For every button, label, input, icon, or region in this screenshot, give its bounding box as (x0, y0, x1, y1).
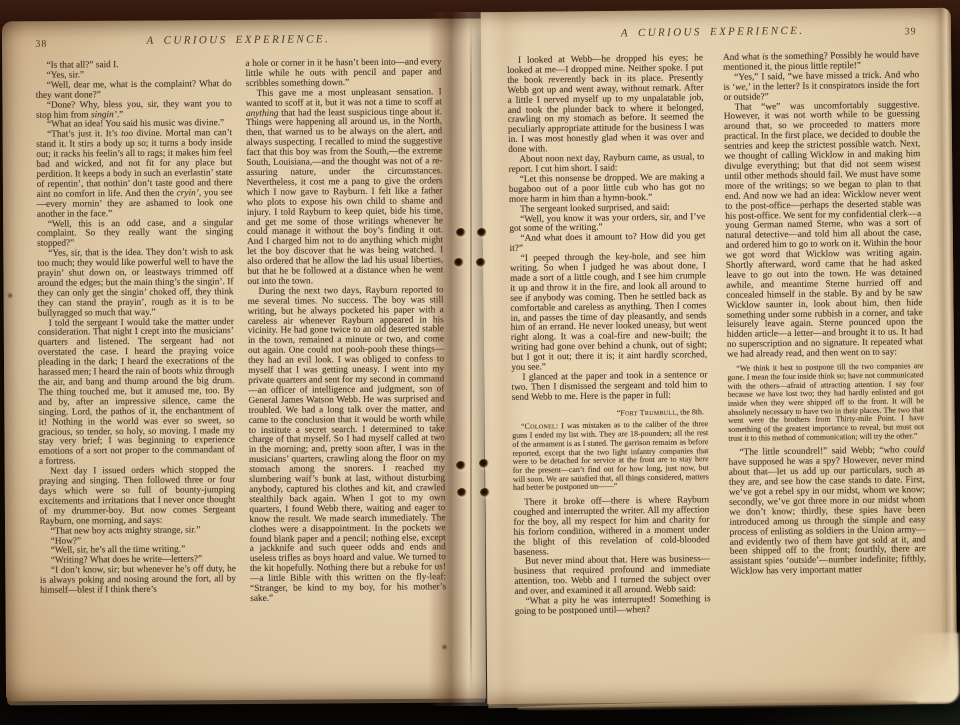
text-column-outer: And what is the something? Possibly he w… (723, 51, 927, 615)
paragraph: “Yes, sir, that is the idea. They don’t … (37, 248, 234, 319)
page-edge-stack (935, 8, 958, 700)
text-column-inner: a hole or corner in it he hasn’t been in… (245, 58, 446, 605)
paragraph: “Well, this is an odd case, and a singul… (37, 219, 233, 250)
paragraph: “That’s just it. It’s too divine. Mortal… (36, 129, 233, 220)
text-columns: “Is that all?” said I.“Yes, sir.”“Well, … (35, 58, 446, 606)
paragraph: Next day I issued orders which stopped t… (39, 466, 236, 527)
text-column-outer: “Is that all?” said I.“Yes, sir.”“Well, … (35, 60, 236, 607)
book-page-left: 38 A CURIOUS EXPERIENCE. “Is that all?” … (2, 19, 486, 702)
running-head: 38 A CURIOUS EXPERIENCE. (35, 32, 441, 62)
paragraph: “Colonel: I was mistaken as to the calib… (512, 421, 709, 493)
book-photo-scene: 38 A CURIOUS EXPERIENCE. “Is that all?” … (0, 0, 960, 725)
paragraph: This gave me a most unpleasant sensation… (246, 88, 444, 288)
book-page-right: A CURIOUS EXPERIENCE. 39 I looked at Web… (481, 8, 958, 704)
paragraph: I told the sergeant I would take the mat… (38, 318, 235, 468)
paragraph: During the next two days, Rayburn report… (247, 286, 446, 605)
running-title: A CURIOUS EXPERIENCE. (507, 23, 919, 41)
page-number: 39 (905, 26, 917, 37)
paragraph: I looked at Webb—he dropped his eyes; he… (507, 54, 704, 156)
page-corner-curl (829, 633, 960, 704)
paragraph: “The little scoundrel!” said Webb; “who … (728, 447, 926, 579)
paragraph: That “we” was uncomfortably suggestive. … (724, 101, 924, 361)
running-title: A CURIOUS EXPERIENCE. (35, 32, 441, 48)
paragraph: “What a pity he was interrupted! Somethi… (515, 595, 711, 618)
page-content-left: 38 A CURIOUS EXPERIENCE. “Is that all?” … (35, 32, 446, 606)
text-columns: I looked at Webb—he dropped his eyes; he… (507, 51, 927, 618)
paragraph: a hole or corner in it he hasn’t been in… (245, 58, 441, 89)
running-head: A CURIOUS EXPERIENCE. 39 (507, 23, 919, 57)
paragraph: “Fort Trumbull, the 8th. (512, 408, 704, 419)
paragraph: “Yes,” I said, “we have missed a trick. … (723, 71, 919, 103)
paragraph: I glanced at the paper and took in a sen… (511, 371, 707, 403)
paragraph: “I peeped through the key-hole, and see … (510, 252, 708, 374)
text-column-inner: I looked at Webb—he dropped his eyes; he… (507, 54, 711, 618)
paragraph: “We think it best to postpone till the t… (727, 362, 924, 443)
paragraph: “I don’t know, sir; but whenever he’s of… (40, 565, 236, 596)
paragraph: But never mind about that. Here was busi… (514, 556, 711, 598)
paragraph: “Let this nonsense be dropped. We are ma… (509, 173, 705, 205)
paragraph: There it broke off—there is where Raybur… (513, 496, 710, 558)
paragraph: “Well, dear me, what is the complaint? W… (36, 80, 232, 102)
page-content-right: A CURIOUS EXPERIENCE. 39 I looked at Web… (507, 23, 927, 618)
page-bottom-edge (517, 699, 917, 712)
